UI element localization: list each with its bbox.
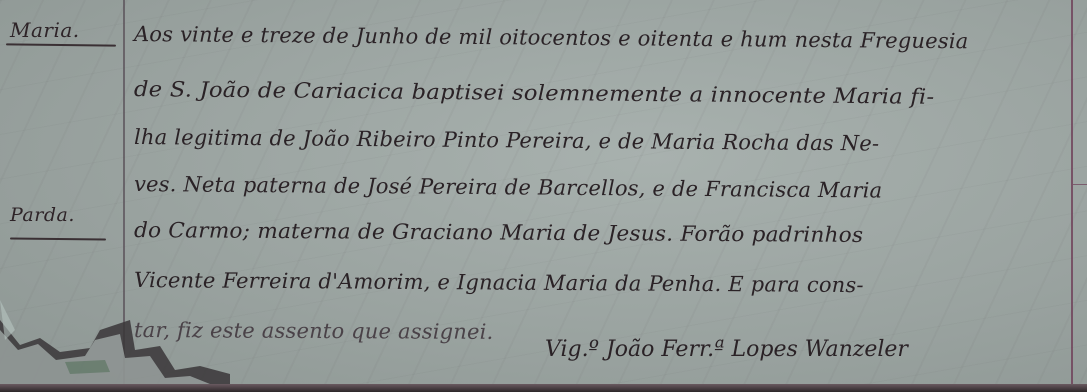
record-line-1: Aos vinte e treze de Junho de mil oitoce… [134,22,969,53]
right-rule-tick [1073,184,1087,185]
margin-underline [6,43,116,46]
record-line-5: do Carmo; materna de Graciano Maria de J… [134,218,863,247]
page-bottom-edge [0,384,1087,392]
record-line-3: lha legitima de João Ribeiro Pinto Perei… [134,125,879,156]
right-rule-line [1071,0,1073,392]
margin-name-maria: Maria. [10,18,80,42]
margin-classification-parda: Parda. [10,204,75,226]
margin-underline [10,237,106,240]
record-line-4: ves. Neta paterna de José Pereira de Bar… [134,172,882,203]
record-line-6: Vicente Ferreira d'Amorim, e Ignacia Mar… [134,268,864,297]
torn-paper-damage [0,300,230,392]
record-line-2: de S. João de Cariacica baptisei solemne… [134,77,935,109]
vicar-signature: Vig.º João Ferr.ª Lopes Wanzeler [545,337,908,362]
manuscript-page: Maria. Parda. Aos vinte e treze de Junho… [0,0,1087,392]
